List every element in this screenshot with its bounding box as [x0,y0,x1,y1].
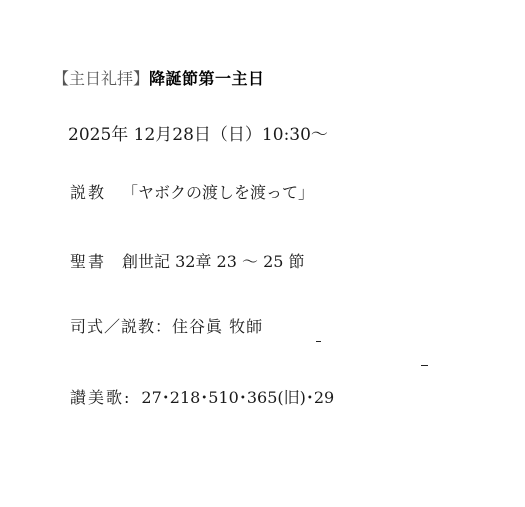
service-category: 【主日礼拝】 [53,69,149,88]
service-heading: 【主日礼拝】降誕節第一主日 [53,69,265,89]
sermon-line: 説教「ヤボクの渡しを渡って」 [70,183,314,203]
service-title: 降誕節第一主日 [149,69,265,88]
officiant-label: 司式／説教： [70,317,172,336]
sermon-title: 「ヤボクの渡しを渡って」 [122,183,314,202]
sermon-label: 説教 [70,183,106,203]
scripture-label: 聖書 [70,252,106,272]
hymns-line: 讃美歌:27･218･510･365(旧)･29 [70,388,334,408]
service-datetime: 2025年 12月28日（日）10:30～ [68,125,328,145]
scripture-reference: 創世記 32章 23 ～ 25 節 [122,252,305,271]
officiant-name: 住谷眞 牧師 [172,317,263,336]
stray-mark [316,341,321,342]
scripture-line: 聖書創世記 32章 23 ～ 25 節 [70,252,305,272]
hymn-numbers: 27･218･510･365(旧)･29 [141,388,334,407]
hymns-label: 讃美歌: [70,388,131,408]
officiant-line: 司式／説教：住谷眞 牧師 [70,317,263,337]
stray-mark [421,365,428,366]
